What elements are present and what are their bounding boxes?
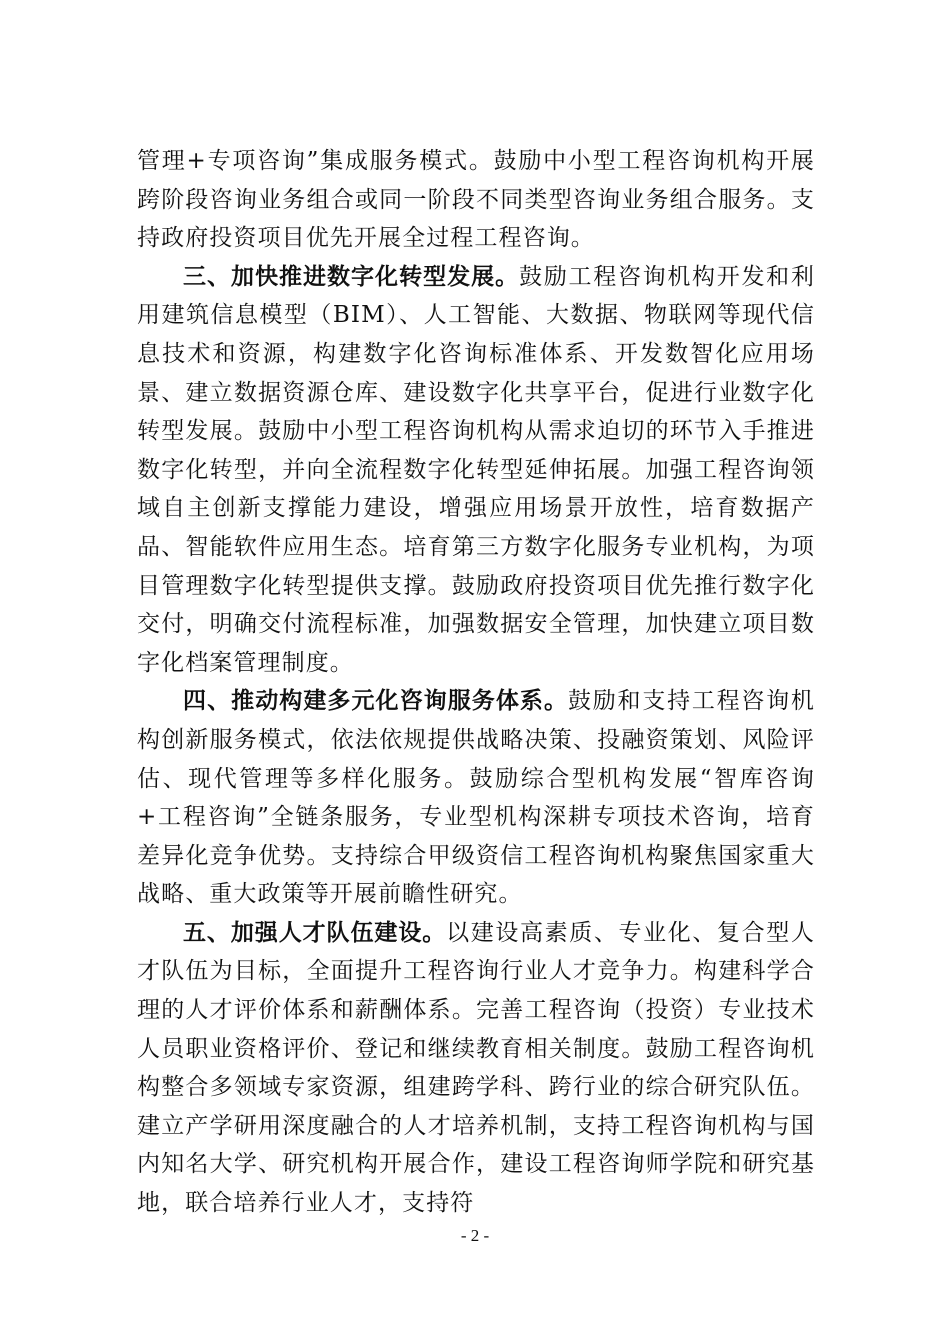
paragraph-digital-transformation: 三、加快推进数字化转型发展。鼓励工程咨询机构开发和利用建筑信息模型（BIM）、人… (137, 258, 815, 683)
page-number: - 2 - (0, 1226, 950, 1246)
section-heading-4: 四、推动构建多元化咨询服务体系。 (183, 688, 568, 714)
paragraph-body: 管理+专项咨询”集成服务模式。鼓励中小型工程咨询机构开展跨阶段咨询业务组合或同一… (137, 148, 815, 251)
paragraph-continuation: 管理+专项咨询”集成服务模式。鼓励中小型工程咨询机构开展跨阶段咨询业务组合或同一… (137, 142, 815, 258)
paragraph-body: 以建设高素质、专业化、复合型人才队伍为目标，全面提升工程咨询行业人才竞争力。构建… (137, 920, 815, 1216)
section-heading-5: 五、加强人才队伍建设。 (183, 920, 446, 946)
paragraph-talent-building: 五、加强人才队伍建设。以建设高素质、专业化、复合型人才队伍为目标，全面提升工程咨… (137, 914, 815, 1223)
paragraph-diversified-services: 四、推动构建多元化咨询服务体系。鼓励和支持工程咨询机构创新服务模式，依法依规提供… (137, 682, 815, 914)
paragraph-body: 鼓励工程咨询机构开发和利用建筑信息模型（BIM）、人工智能、大数据、物联网等现代… (137, 264, 815, 676)
document-page-body: 管理+专项咨询”集成服务模式。鼓励中小型工程咨询机构开展跨阶段咨询业务组合或同一… (137, 142, 815, 1223)
section-heading-3: 三、加快推进数字化转型发展。 (183, 264, 519, 290)
paragraph-body: 鼓励和支持工程咨询机构创新服务模式，依法依规提供战略决策、投融资策划、风险评估、… (137, 688, 815, 907)
